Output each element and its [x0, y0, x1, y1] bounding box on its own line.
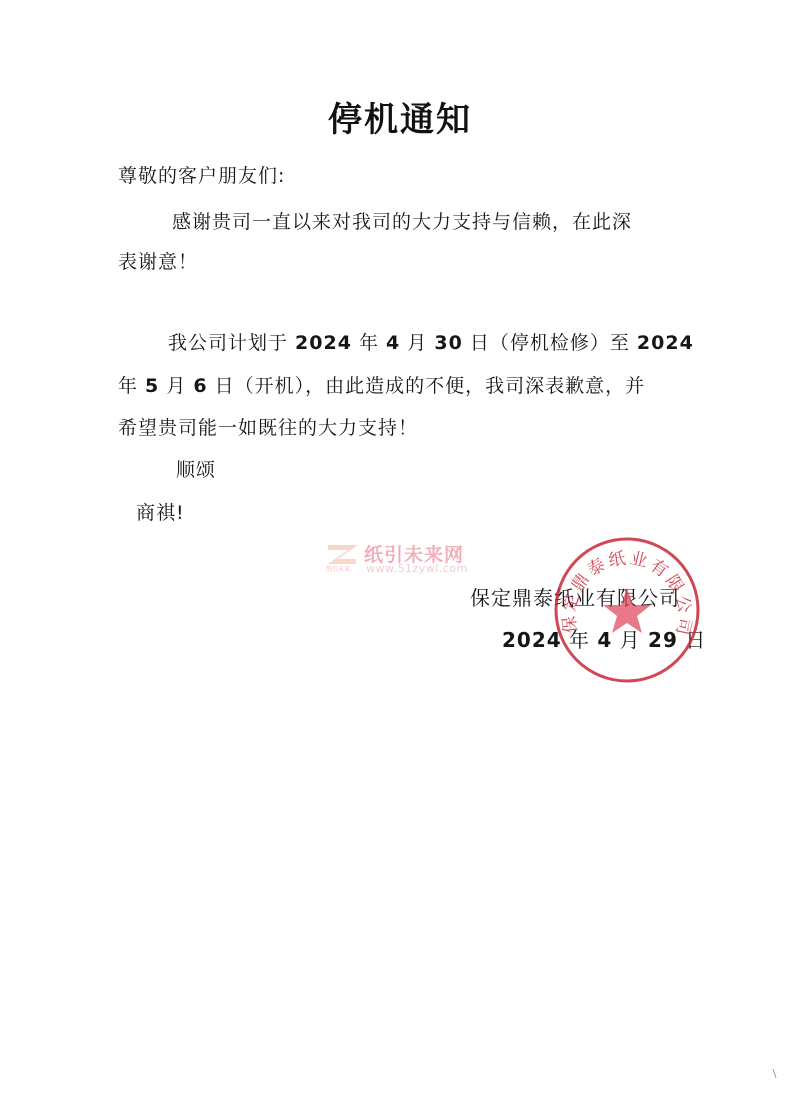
company-seal-icon: 保定鼎泰纸业有限公司 — [553, 536, 701, 684]
text: 年 — [352, 332, 386, 354]
end-year: 2024 — [637, 332, 694, 354]
start-day: 30 — [434, 332, 462, 354]
start-month: 4 — [386, 332, 400, 354]
end-day: 6 — [193, 375, 207, 397]
document-title: 停机通知 — [0, 92, 800, 141]
watermark-sub: 纸引未来 — [326, 564, 350, 573]
paragraph-1-line-2: 表谢意！ — [118, 247, 198, 274]
paragraph-2-line-1: 我公司计划于 2024 年 4 月 30 日（停机检修）至 2024 — [168, 328, 694, 355]
text: 我公司计划于 — [168, 332, 295, 354]
text: 月 — [159, 375, 193, 397]
regards: 顺颂 — [176, 455, 216, 482]
start-year: 2024 — [295, 332, 352, 354]
paragraph-2-line-3: 希望贵司能一如既往的大力支持！ — [118, 413, 418, 440]
scan-mark-icon — [772, 1068, 778, 1080]
paragraph-1-line-1: 感谢贵司一直以来对我司的大力支持与信赖，在此深 — [172, 207, 632, 234]
text: 日（开机），由此造成的不便，我司深表歉意，并 — [208, 375, 646, 397]
end-month: 5 — [145, 375, 159, 397]
text: 日（停机检修）至 — [463, 332, 637, 354]
text: 年 — [118, 375, 145, 397]
closing: 商祺! — [136, 498, 185, 525]
paragraph-2-line-2: 年 5 月 6 日（开机），由此造成的不便，我司深表歉意，并 — [118, 371, 645, 398]
watermark-url: www.51zywl.com — [366, 562, 468, 575]
watermark: 纸引未来 纸引未来网 www.51zywl.com — [326, 540, 486, 576]
text: 月 — [400, 332, 434, 354]
salutation: 尊敬的客户朋友们: — [118, 161, 285, 188]
